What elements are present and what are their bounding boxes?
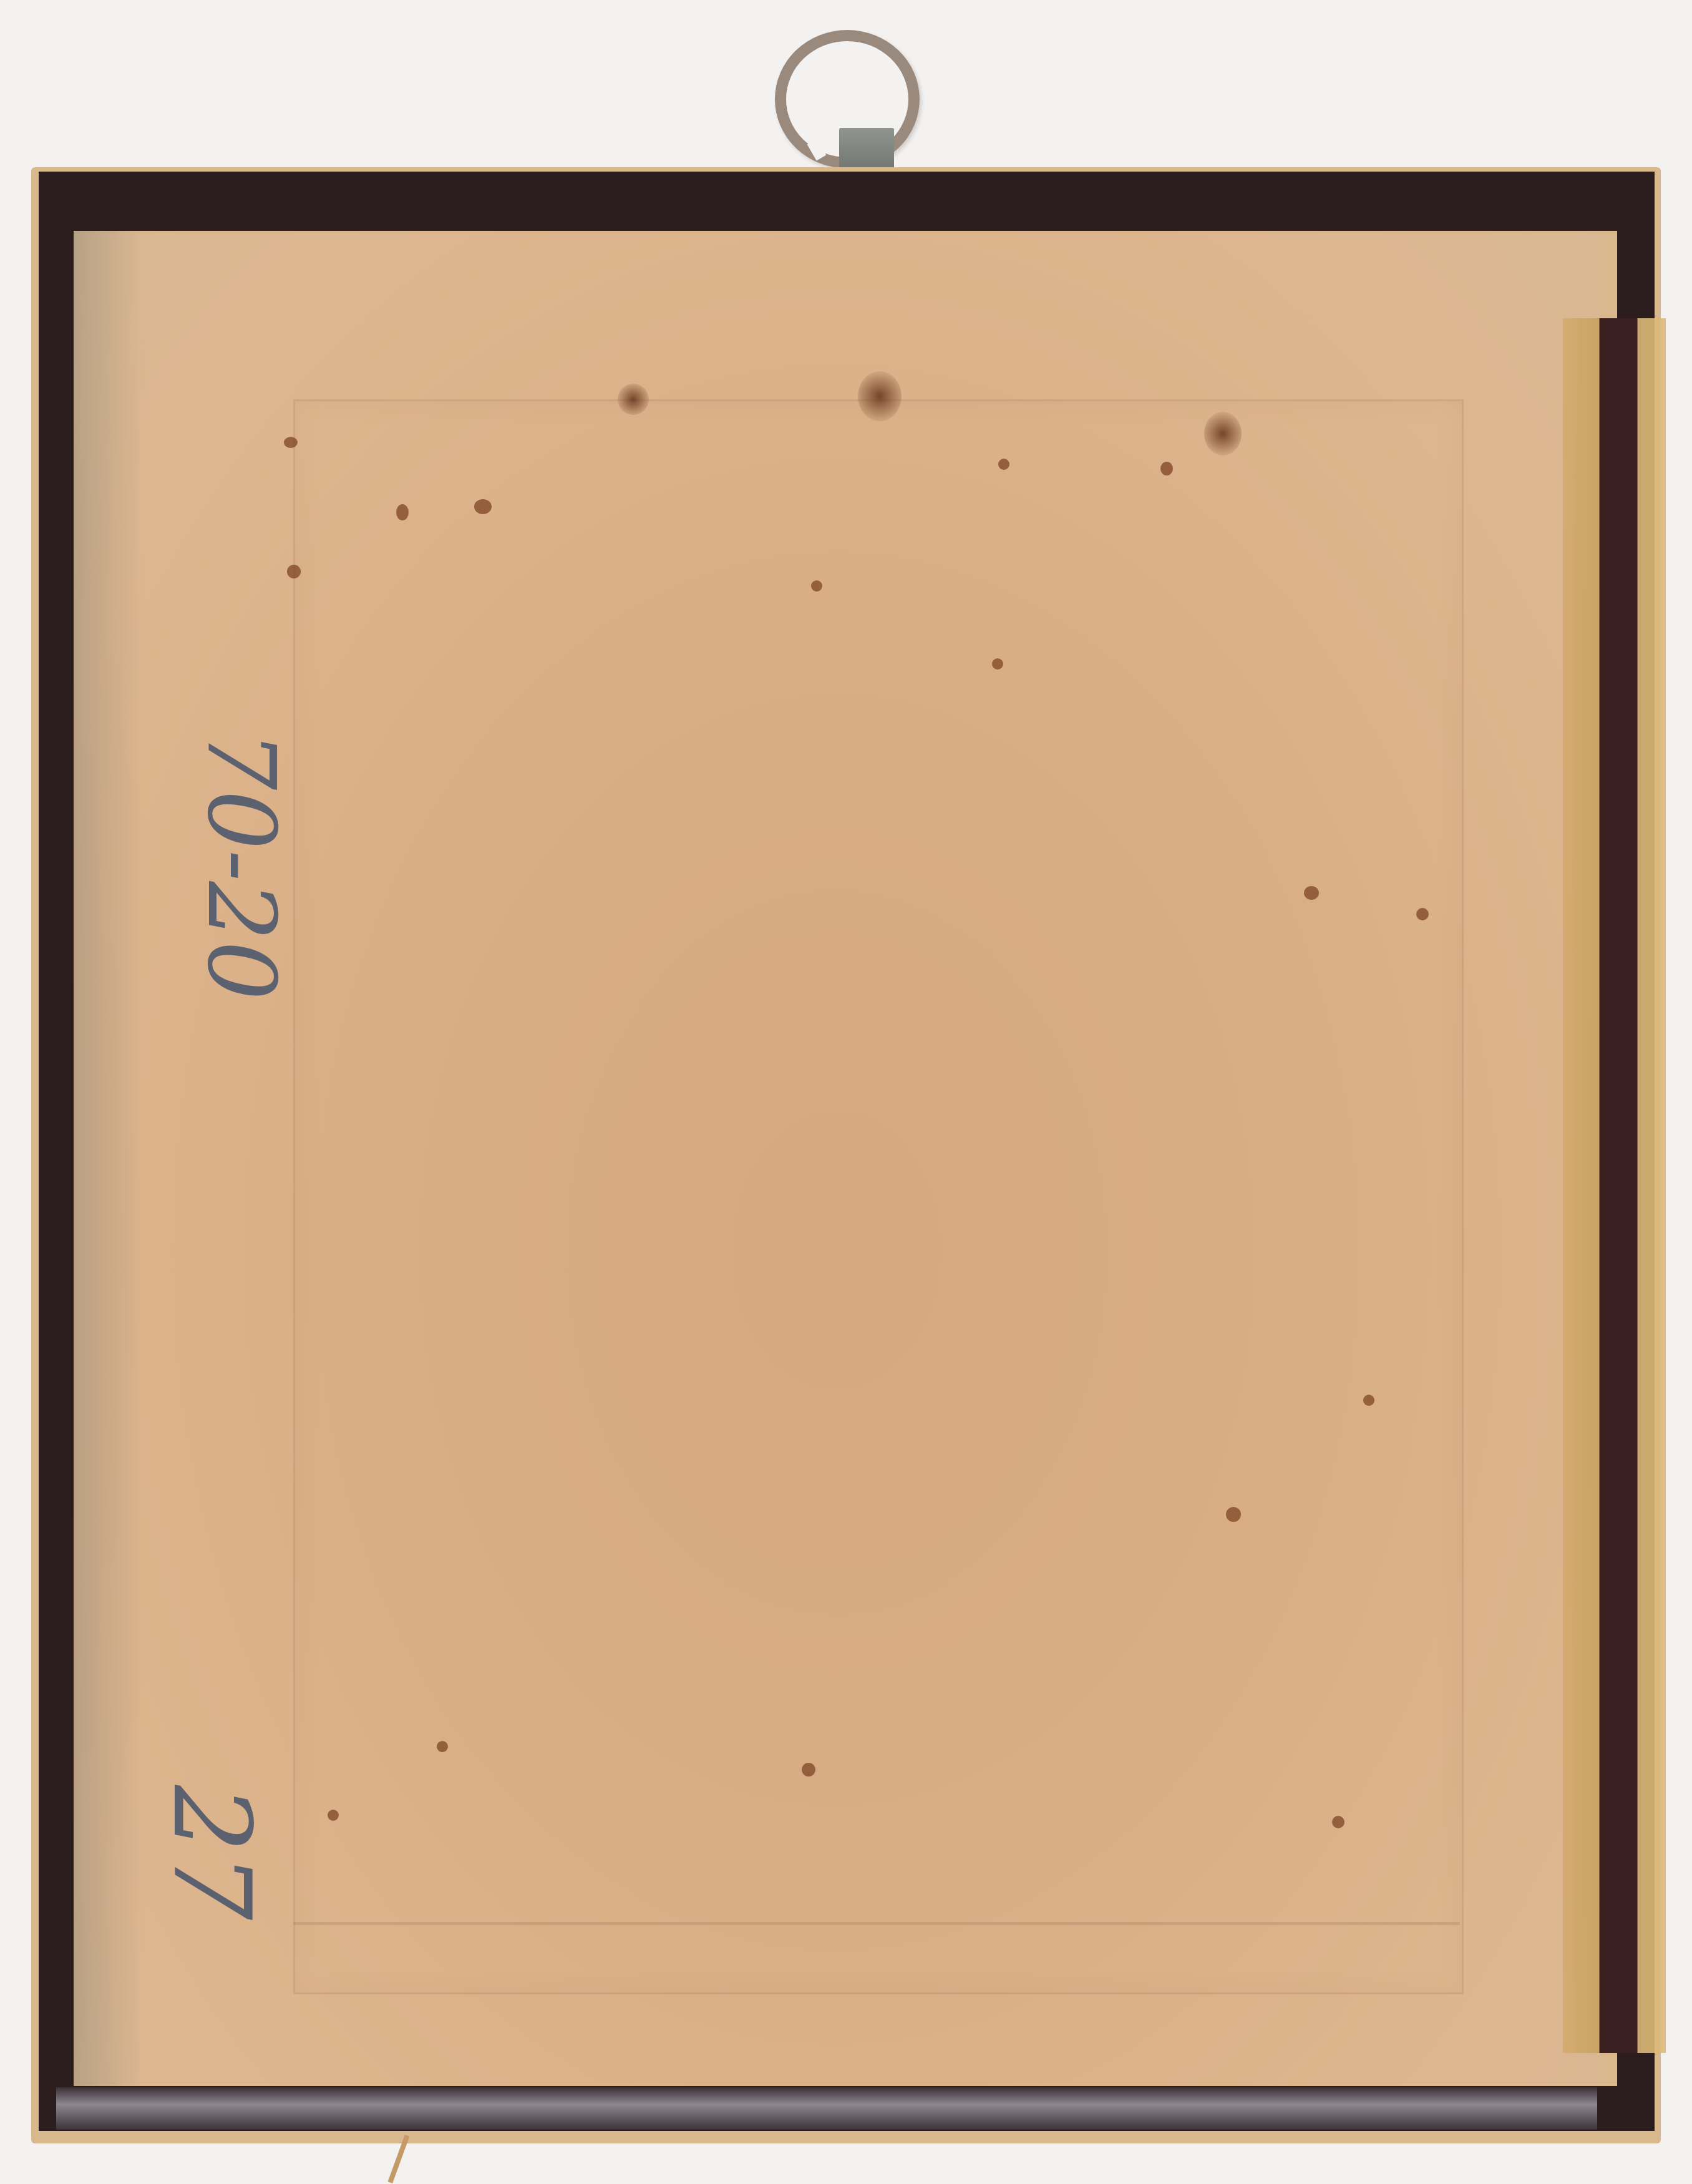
stain-spot xyxy=(802,1763,815,1777)
stain-spot xyxy=(284,437,298,448)
stain-spot xyxy=(992,658,1003,670)
handwritten-number-upper: 70-20 xyxy=(187,731,295,1000)
stain-spot xyxy=(998,459,1009,470)
paper-crease xyxy=(293,1922,1460,1925)
stain-spot xyxy=(1363,1395,1374,1406)
stain-spot xyxy=(474,499,492,514)
stain-spot xyxy=(328,1810,339,1821)
stain-spot xyxy=(1226,1507,1241,1522)
left-edge-shading xyxy=(74,231,142,2086)
stain-spot xyxy=(437,1741,448,1752)
stain-spot xyxy=(1160,462,1173,475)
bottom-foil-edge xyxy=(56,2087,1597,2130)
stain-spot xyxy=(811,580,822,592)
stain-spot xyxy=(1204,412,1242,456)
stain-spot xyxy=(1304,886,1319,900)
stain-spot xyxy=(1332,1816,1344,1828)
stain-spot xyxy=(618,384,649,415)
stain-spot xyxy=(1416,908,1429,920)
stain-spot xyxy=(287,565,301,578)
stain-spot xyxy=(396,504,409,520)
handwritten-number-lower: 27 xyxy=(149,1785,273,1920)
right-tape-strip xyxy=(1563,318,1666,2053)
stain-spot xyxy=(858,371,902,421)
recessed-panel xyxy=(293,399,1464,1994)
